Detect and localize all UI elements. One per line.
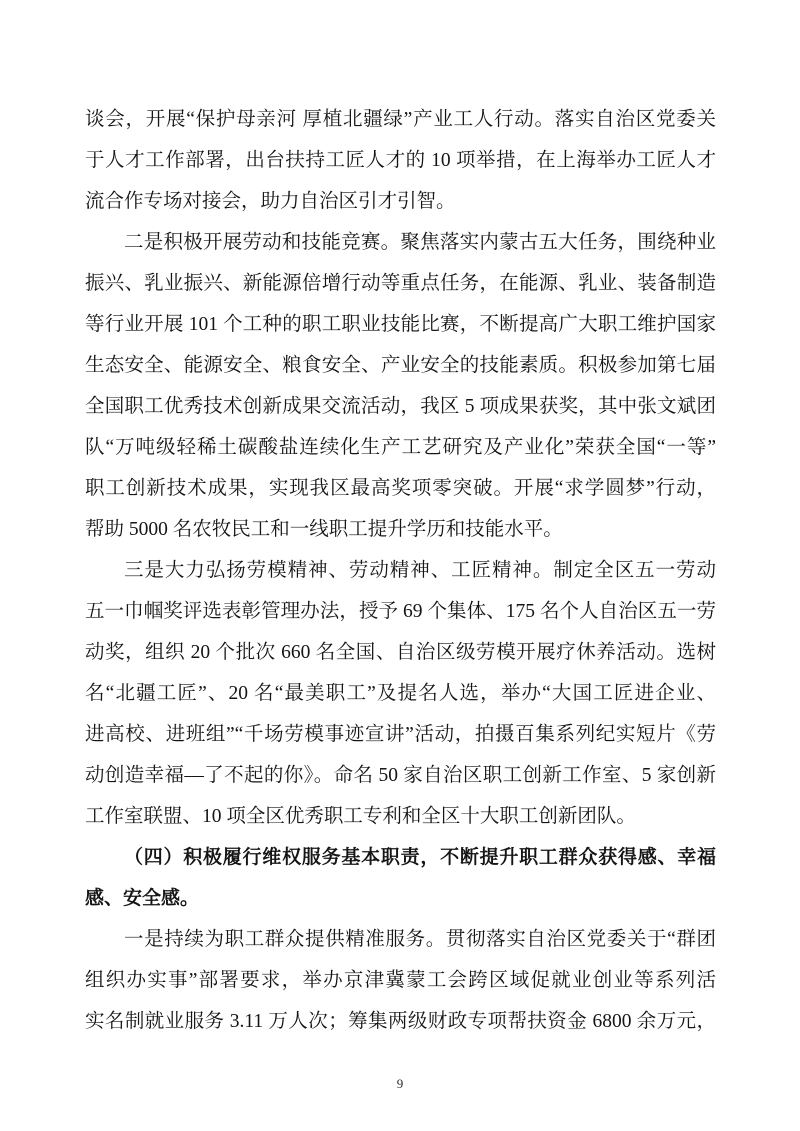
text-line: 流合作专场对接会，助力自治区引才引智。 xyxy=(85,181,716,222)
text-line: 队“万吨级轻稀土碳酸盐连续化生产工艺研究及产业化”荣获全国“一等” xyxy=(85,427,716,468)
text-line: 三是大力弘扬劳模精神、劳动精神、工匠精神。制定全区五一劳动奖、 xyxy=(85,550,716,591)
text-line: 等行业开展 101 个工种的职工职业技能比赛，不断提高广大职工维护国家 xyxy=(85,304,716,345)
text-line: 帮助 5000 名农牧民工和一线职工提升学历和技能水平。 xyxy=(85,509,716,550)
text-line: 动创造幸福—了不起的你》。命名 50 家自治区职工创新工作室、5 家创新 xyxy=(85,755,716,796)
text-line: 生态安全、能源安全、粮食安全、产业安全的技能素质。积极参加第七届 xyxy=(85,345,716,386)
section-heading-line: 感、安全感。 xyxy=(85,878,716,919)
text-line: 全国职工优秀技术创新成果交流活动，我区 5 项成果获奖，其中张文斌团 xyxy=(85,386,716,427)
text-line: 动奖，组织 20 个批次 660 名全国、自治区级劳模开展疗休养活动。选树 20 xyxy=(85,632,716,673)
text-line: 职工创新技术成果，实现我区最高奖项零突破。开展“求学圆梦”行动， xyxy=(85,468,716,509)
text-line: 二是积极开展劳动和技能竞赛。聚焦落实内蒙古五大任务，围绕种业 xyxy=(85,222,716,263)
text-line: 进高校、进班组”“千场劳模事迹宣讲”活动，拍摄百集系列纪实短片《劳 xyxy=(85,714,716,755)
text-line: 工作室联盟、10 项全区优秀职工专利和全区十大职工创新团队。 xyxy=(85,796,716,837)
text-line: 五一巾帼奖评选表彰管理办法，授予 69 个集体、175 名个人自治区五一劳 xyxy=(85,591,716,632)
text-line: 振兴、乳业振兴、新能源倍增行动等重点任务，在能源、乳业、装备制造 xyxy=(85,263,716,304)
text-line: 一是持续为职工群众提供精准服务。贯彻落实自治区党委关于“群团 xyxy=(85,919,716,960)
text-line: 名“北疆工匠”、20 名“最美职工”及提名人选，举办“大国工匠进企业、 xyxy=(85,673,716,714)
text-line: 实名制就业服务 3.11 万人次；筹集两级财政专项帮扶资金 6800 余万元， xyxy=(85,1001,716,1042)
text-line: 于人才工作部署，出台扶持工匠人才的 10 项举措，在上海举办工匠人才交 xyxy=(85,140,716,181)
section-heading-line: （四）积极履行维权服务基本职责，不断提升职工群众获得感、幸福 xyxy=(85,837,716,878)
text-line: 组织办实事”部署要求，举办京津冀蒙工会跨区域促就业创业等系列活动， xyxy=(85,960,716,1001)
page-body: 谈会，开展“保护母亲河 厚植北疆绿”产业工人行动。落实自治区党委关 于人才工作部… xyxy=(85,99,716,1042)
page-number: 9 xyxy=(0,1076,800,1092)
text-line: 谈会，开展“保护母亲河 厚植北疆绿”产业工人行动。落实自治区党委关 xyxy=(85,99,716,140)
document-page: 谈会，开展“保护母亲河 厚植北疆绿”产业工人行动。落实自治区党委关 于人才工作部… xyxy=(0,0,800,1131)
